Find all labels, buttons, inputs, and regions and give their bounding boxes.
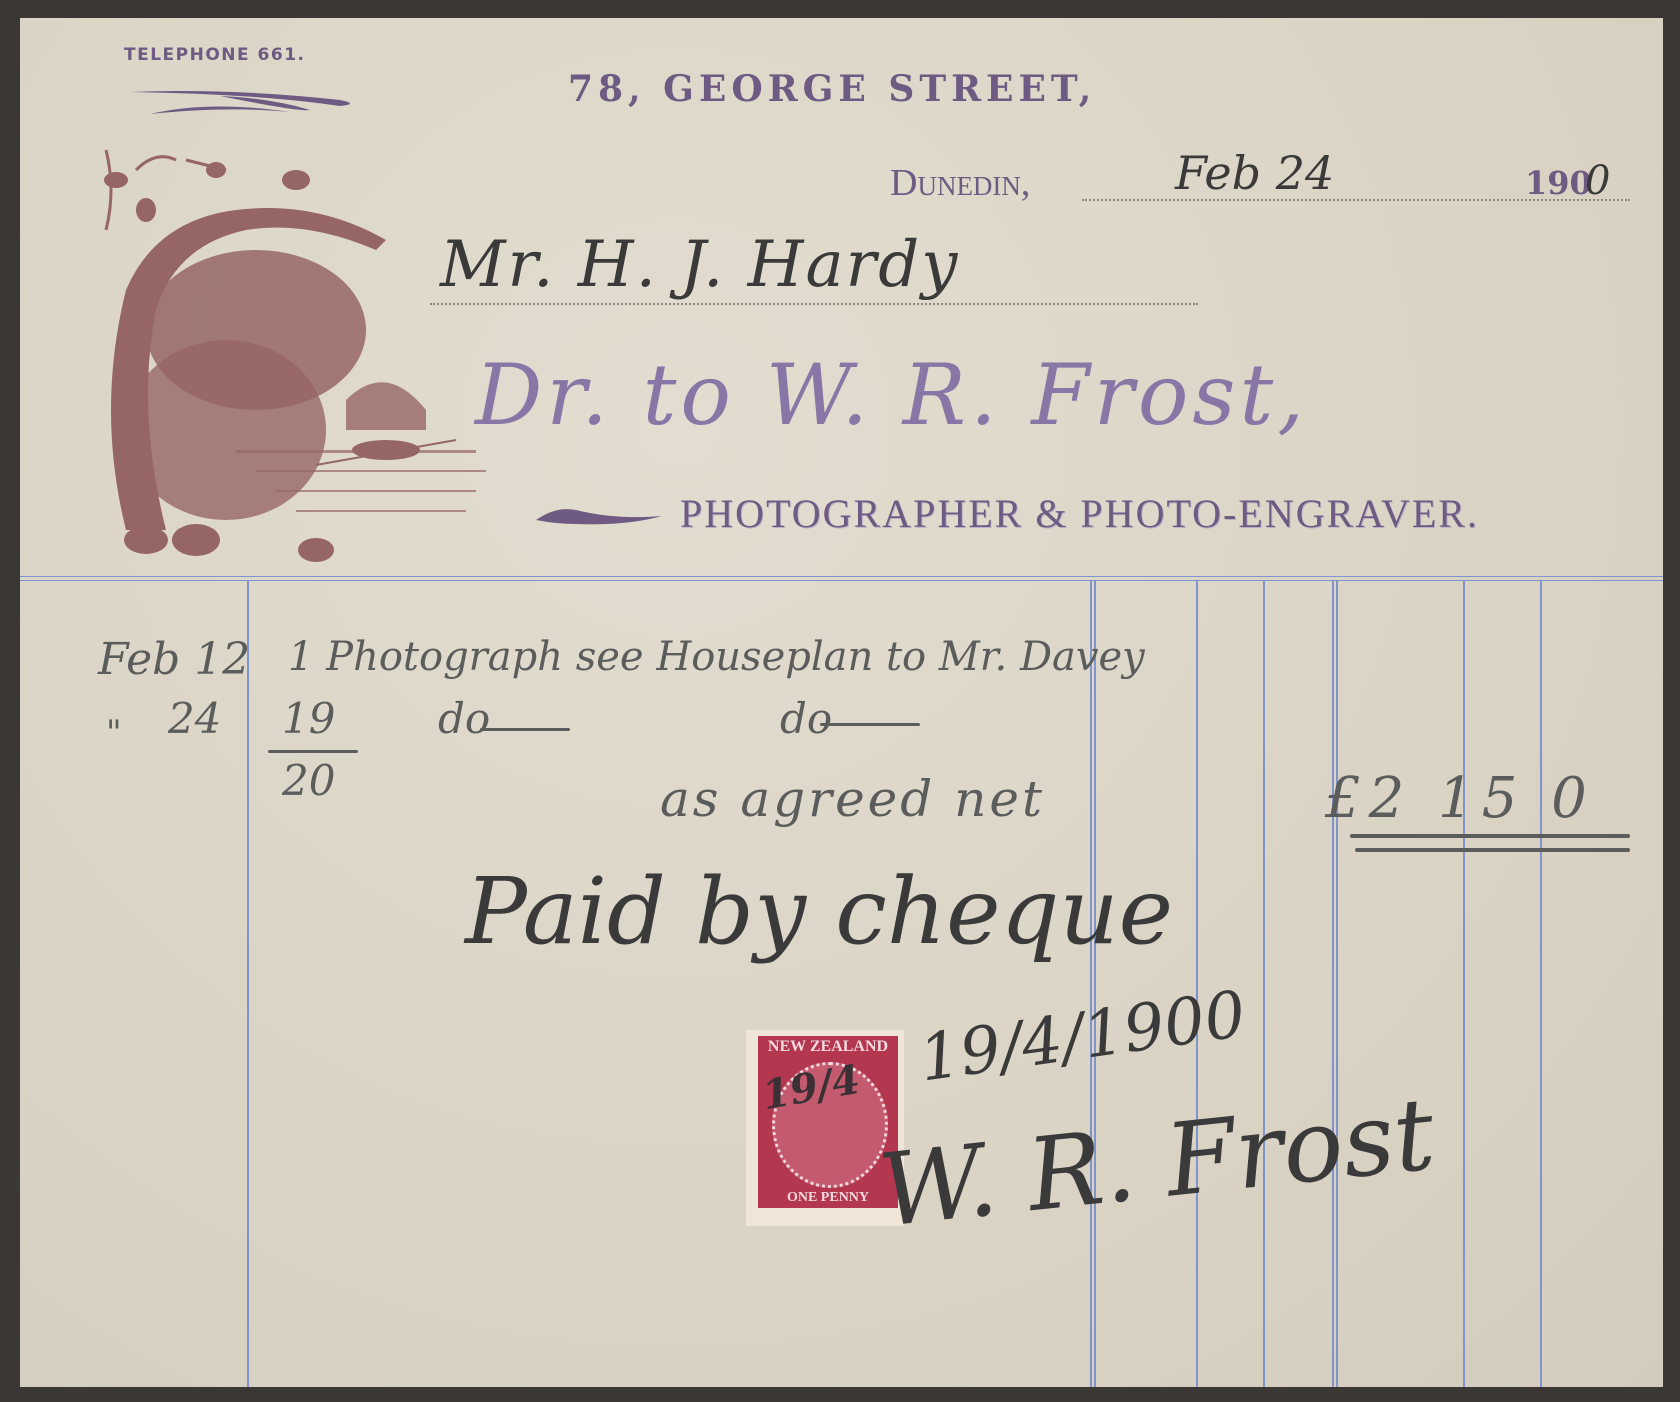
ledger-column-rule — [1090, 580, 1092, 1387]
ledger-column-rule — [1336, 580, 1338, 1387]
city-label: Dunedin, — [890, 161, 1030, 205]
telephone-number: TELEPHONE 661. — [124, 45, 306, 65]
ditto-line — [820, 723, 920, 726]
stamp-country: NEW ZEALAND — [758, 1038, 898, 1056]
handwritten-year-digit: 0 — [1585, 158, 1610, 204]
total-underline — [1350, 834, 1630, 838]
ditto-description: do — [438, 694, 490, 743]
invoice-paper: TELEPHONE 661. 78, GEORGE STREET, Dunedi… — [20, 18, 1663, 1387]
merchant-name: Dr. to W. R. Frost, — [475, 346, 1308, 444]
total-underline — [1355, 848, 1630, 852]
invoice-date: Feb 24 — [1175, 146, 1334, 200]
signature: W. R. Frost — [874, 1075, 1440, 1250]
printed-year-prefix: 190 — [1525, 164, 1592, 202]
ledger-date-column-rule — [247, 580, 249, 1387]
ledger-top-rule — [20, 576, 1663, 577]
payment-note: Paid by cheque — [465, 858, 1173, 965]
addressee-dotted-line — [430, 303, 1198, 305]
ledger-top-rule-2 — [20, 580, 1663, 581]
ditto-mark: " — [106, 713, 122, 753]
ledger-column-rule — [1332, 580, 1334, 1387]
ledger-column-rule — [1540, 580, 1542, 1387]
payment-date: 19/4/1900 — [915, 978, 1250, 1097]
addressee-name: Mr. H. J. Hardy — [440, 228, 959, 302]
ledger-column-rule — [1463, 580, 1465, 1387]
line-item-date: Feb 12 — [98, 634, 250, 685]
line-item-date: 24 — [168, 694, 221, 743]
profession-tagline: PHOTOGRAPHER & PHOTO-ENGRAVER. — [680, 490, 1479, 537]
lake-rowboat-engraving-icon — [86, 110, 526, 570]
fraction-denominator: 20 — [282, 756, 335, 805]
stamp-value: ONE PENNY — [758, 1190, 898, 1206]
fraction-bar — [268, 750, 358, 753]
ditto-line — [480, 728, 570, 731]
line-item-description: 1 Photograph see Houseplan to Mr. Davey — [288, 634, 1145, 680]
ledger-column-rule — [1263, 580, 1265, 1387]
swoosh-ornament-icon — [536, 502, 666, 532]
total-amount: £2 15 0 — [1325, 766, 1595, 831]
fraction-numerator: 19 — [282, 694, 335, 743]
total-label: as agreed net — [660, 770, 1045, 828]
ledger-column-rule — [1094, 580, 1096, 1387]
ditto-description: do — [780, 694, 832, 743]
business-address: 78, GEORGE STREET, — [568, 68, 1096, 110]
stamp-face: NEW ZEALAND ONE PENNY 19/4 — [758, 1036, 898, 1208]
